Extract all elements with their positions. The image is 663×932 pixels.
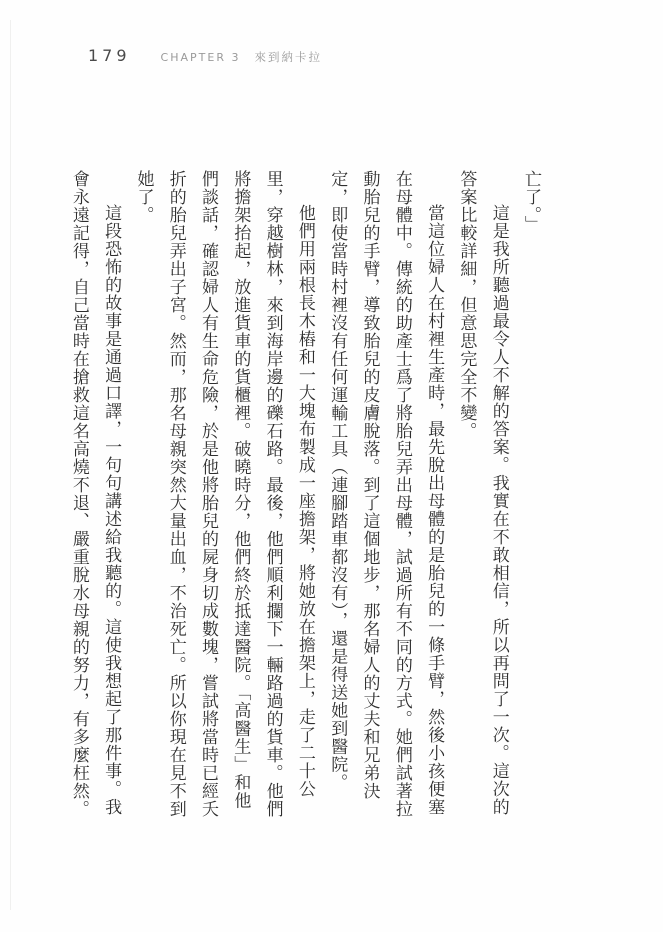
running-head: 179 CHAPTER 3 來到納卡拉: [88, 46, 322, 65]
chapter-label: CHAPTER 3: [161, 51, 241, 64]
book-page: 179 CHAPTER 3 來到納卡拉 亡了。」 這是我所聽過最令人不解的答案。…: [0, 0, 663, 932]
chapter-title: 來到納卡拉: [254, 49, 322, 65]
page-edge-line: [10, 20, 11, 910]
body-text: 亡了。」 這是我所聽過最令人不解的答案。我實在不敢相信，所以再問了一次。這次的答…: [63, 170, 547, 822]
page-number: 179: [88, 46, 131, 65]
paragraph-1: 這是我所聽過最令人不解的答案。我實在不敢相信，所以再問了一次。這次的答案比較詳細…: [450, 170, 515, 822]
paragraph-3: 他們用兩根長木樁和一大塊布製成一座擔架，將她放在擔架上，走了二十公里，穿越樹林，…: [127, 170, 321, 822]
paragraph-2: 當這位婦人在村裡生產時，最先脫出母體的是胎兒的一條手臂，然後小孩便塞在母體中。傳…: [321, 170, 450, 822]
paragraph-continuation: 亡了。」: [515, 170, 547, 822]
paragraph-4: 這段恐怖的故事是通過口譯，一句句講述給我聽的。這使我想起了那件事。我會永遠記得，…: [63, 170, 128, 822]
